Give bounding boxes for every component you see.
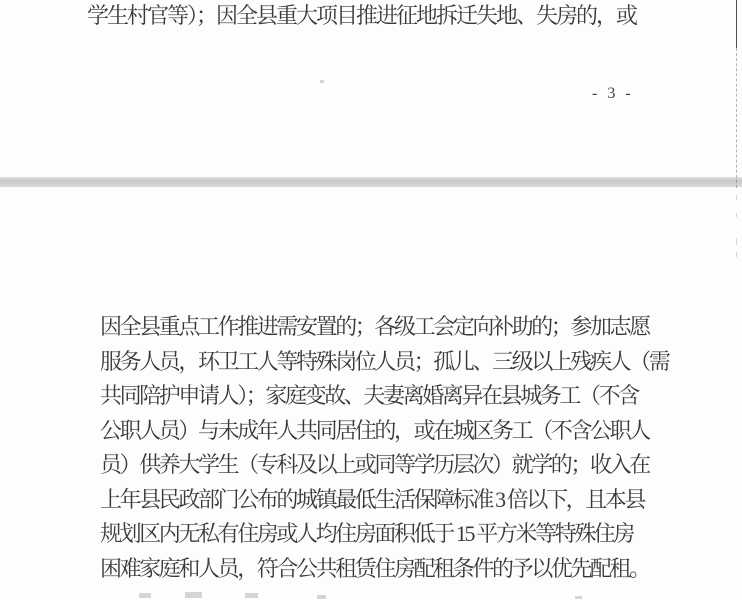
- scan-edge-line-faint: [736, 48, 737, 188]
- scan-speck: [736, 195, 737, 200]
- paragraph-line: 因全县重点工作推进需安置的；各级工会定向补助的；参加志愿: [100, 310, 675, 345]
- previous-page-last-line: 学生村官等）；因全县重大项目推进征地拆迁失地、失房的，或: [87, 1, 636, 31]
- scan-speck: [736, 238, 737, 245]
- paragraph-line: 共同陪护申请人）；家庭变故、夫妻离婚离异在县城务工（不含: [100, 379, 675, 414]
- scan-edge-line: [736, 0, 737, 48]
- paragraph-line: 规划区内无私有住房或人均住房面积低于 15 平方米等特殊住房: [100, 517, 675, 552]
- paragraph-line: 公职人员）与未成年人共同居住的，或在城区务工（不含公职人: [100, 414, 675, 449]
- paragraph: 因全县重点工作推进需安置的；各级工会定向补助的；参加志愿 服务人员，环卫工人等特…: [100, 310, 675, 586]
- page-separator: [0, 177, 742, 187]
- clipped-next-line-mark: [245, 593, 258, 598]
- paragraph-line: 服务人员，环卫工人等特殊岗位人员；孤儿、三级以上残疾人（需: [100, 345, 675, 380]
- scan-speck: [320, 80, 324, 83]
- clipped-next-line-mark: [139, 593, 151, 598]
- current-page: 因全县重点工作推进需安置的；各级工会定向补助的；参加志愿 服务人员，环卫工人等特…: [0, 187, 742, 600]
- scan-speck: [736, 252, 737, 257]
- clipped-next-line-mark: [185, 592, 202, 598]
- page-number: - 3 -: [592, 85, 634, 103]
- previous-page: 学生村官等）；因全县重大项目推进征地拆迁失地、失房的，或 - 3 -: [0, 0, 742, 177]
- clipped-next-line-mark: [575, 596, 582, 599]
- paragraph-line: 困难家庭和人员，符合公共租赁住房配租条件的予以优先配租。: [100, 552, 675, 587]
- document-viewer: 学生村官等）；因全县重大项目推进征地拆迁失地、失房的，或 - 3 - 因全县重点…: [0, 0, 742, 600]
- scan-speck: [736, 213, 737, 217]
- paragraph-line: 员）供养大学生（专科及以上或同等学历层次）就学的；收入在: [100, 448, 675, 483]
- paragraph-line: 上年县民政部门公布的城镇最低生活保障标准 3 倍以下，且本县: [100, 483, 675, 518]
- clipped-next-line-mark: [317, 595, 326, 599]
